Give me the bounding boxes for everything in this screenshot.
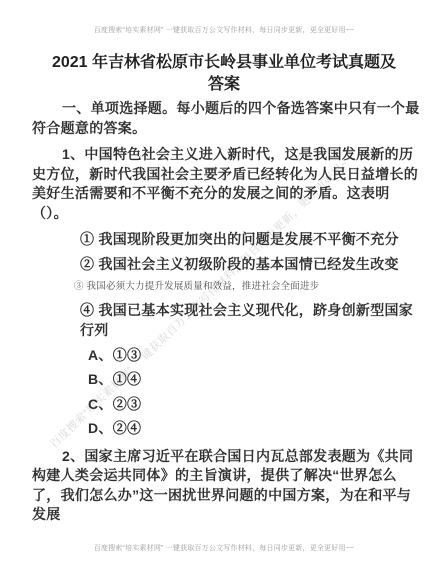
- statement-item-3: ③ 我国必须大力提升发展质量和效益，推进社会全面进步: [32, 280, 422, 294]
- document-body: 一、单项选择题。每小题后的四个备选答案中只有一个最符合题意的答案。 1、中国特色…: [32, 99, 422, 532]
- section-heading: 一、单项选择题。每小题后的四个备选答案中只有一个最符合题意的答案。: [32, 99, 422, 138]
- option-d: D、②④: [32, 419, 422, 439]
- option-c: C、②③: [32, 395, 422, 415]
- statement-item-1: ① 我国现阶段更加突出的问题是发展不平衡不充分: [32, 230, 422, 250]
- page-title: 2021 年吉林省松原市长岭县事业单位考试真题及答案: [44, 52, 404, 96]
- document-page: 百度搜索“培实素材网” 一键获取百万公文写作材料，每日同步更新，更全更好用~~ …: [0, 0, 448, 580]
- question-1-stem: 1、中国特色社会主义进入新时代，这是我国发展新的历史方位，新时代我国社会主要矛盾…: [32, 145, 422, 223]
- option-b: B、①④: [32, 370, 422, 390]
- watermark-footer: 百度搜索“培实素材网” 一键获取百万公文写作材料，每日同步更新，更全更好用~~: [0, 543, 448, 553]
- statement-item-4: ④ 我国已基本实现社会主义现代化，跻身创新型国家行列: [32, 301, 422, 340]
- question-2-stem: 2、国家主席习近平在联合国日内瓦总部发表题为《共同构建人类会运共同体》的主旨演讲…: [32, 447, 422, 525]
- option-a: A、①③: [32, 346, 422, 366]
- statement-item-2: ② 我国社会主义初级阶段的基本国情已经发生改变: [32, 255, 422, 275]
- watermark-header: 百度搜索“培实素材网” 一键获取百万公文写作材料，每日同步更新，更全更好用~~: [0, 25, 448, 35]
